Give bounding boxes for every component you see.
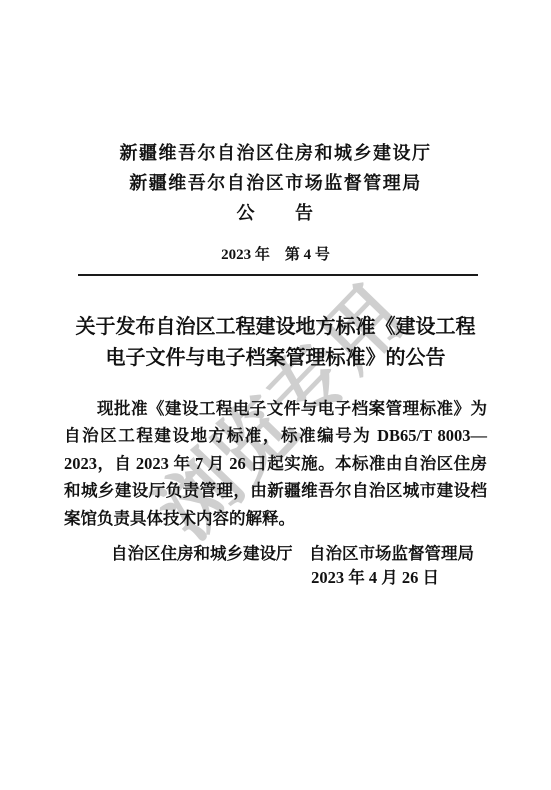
signature-issuers: 自治区住房和城乡建设厅 自治区市场监督管理局 [0,542,551,566]
doc-title: 关于发布自治区工程建设地方标准《建设工程 电子文件与电子档案管理标准》的公告 [0,312,551,374]
signature-date: 2023 年 4 月 26 日 [0,566,551,590]
document-content: 新疆维吾尔自治区住房和城乡建设厅 新疆维吾尔自治区市场监督管理局 公 告 202… [0,138,551,590]
document-header: 新疆维吾尔自治区住房和城乡建设厅 新疆维吾尔自治区市场监督管理局 公 告 [0,138,551,228]
announcement-page: 浏览专用 新疆维吾尔自治区住房和城乡建设厅 新疆维吾尔自治区市场监督管理局 公 … [0,0,551,790]
body-paragraph: 现批准《建设工程电子文件与电子档案管理标准》为自治区工程建设地方标准，标准编号为… [64,395,487,532]
issue-number: 2023 年 第 4 号 [0,245,551,265]
divider-rule [78,274,478,276]
doc-title-line-1: 关于发布自治区工程建设地方标准《建设工程 [0,312,551,343]
org-name-line-2: 新疆维吾尔自治区市场监督管理局 [0,168,551,198]
org-name-line-1: 新疆维吾尔自治区住房和城乡建设厅 [0,138,551,168]
doc-type-label: 公 告 [0,198,551,228]
doc-title-line-2: 电子文件与电子档案管理标准》的公告 [0,343,551,374]
